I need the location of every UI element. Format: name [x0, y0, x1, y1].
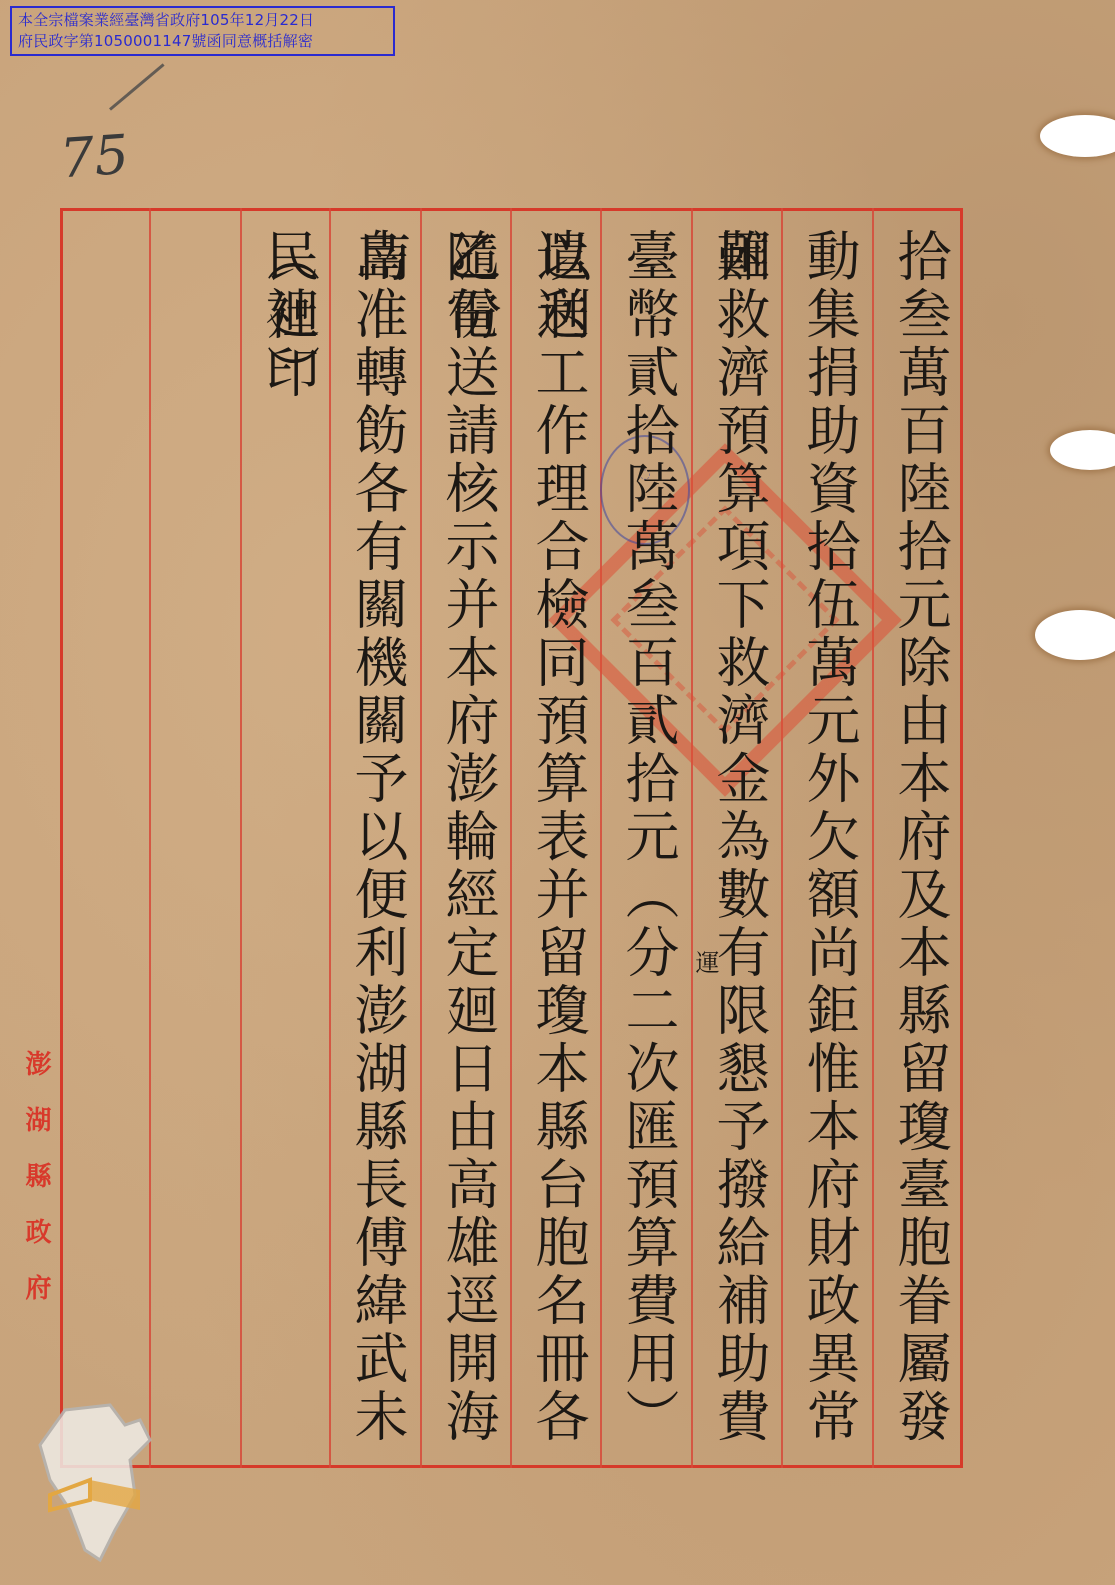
body-column-6: 隨電送請核示并本府澎輪經定廻日由高雄逕開海南 [424, 228, 512, 1458]
page-number: 75 [58, 123, 131, 191]
body-column-2: 動集捐助資拾伍萬元外欠額尚鉅惟本府財政異常困 [785, 228, 873, 1458]
paper-tear [1035, 610, 1115, 660]
marginal-correction: 運 [688, 950, 723, 974]
body-column-3: 難救濟預算項下救濟金為數有限懇予撥給補助費 [695, 228, 783, 1458]
body-column-7: 島准轉飭各有關機關予以便利澎湖縣長傅緯武未（廻） [333, 228, 421, 1458]
letterhead-organization: 澎湖縣政府 [18, 1050, 55, 1330]
paper-tear [1050, 430, 1115, 470]
body-column-1: 拾叁萬百陸拾元除由本府及本縣留瓊臺胞眷屬發 [876, 228, 964, 1458]
column-rule [149, 208, 151, 1468]
declassification-notice: 本全宗檔案業經臺灣省政府105年12月22日 府民政字第1050001147號函… [10, 6, 395, 56]
archive-logo-icon [30, 1400, 160, 1570]
body-column-5: 遣送工作理合檢同預算表并留瓊本縣台胞名冊各乙份 [514, 228, 602, 1458]
declassification-line-2: 府民政字第1050001147號函同意概括解密 [18, 31, 387, 52]
body-column-4: 臺幣貳拾陸萬叁百貳拾元（分二次匯預算費用）以利 [604, 228, 692, 1458]
pencil-stroke [109, 63, 165, 110]
column-rule [240, 208, 242, 1468]
body-column-8: 民社印 [244, 228, 332, 1458]
paper-tear [1040, 115, 1115, 157]
declassification-line-1: 本全宗檔案業經臺灣省政府105年12月22日 [18, 10, 387, 31]
